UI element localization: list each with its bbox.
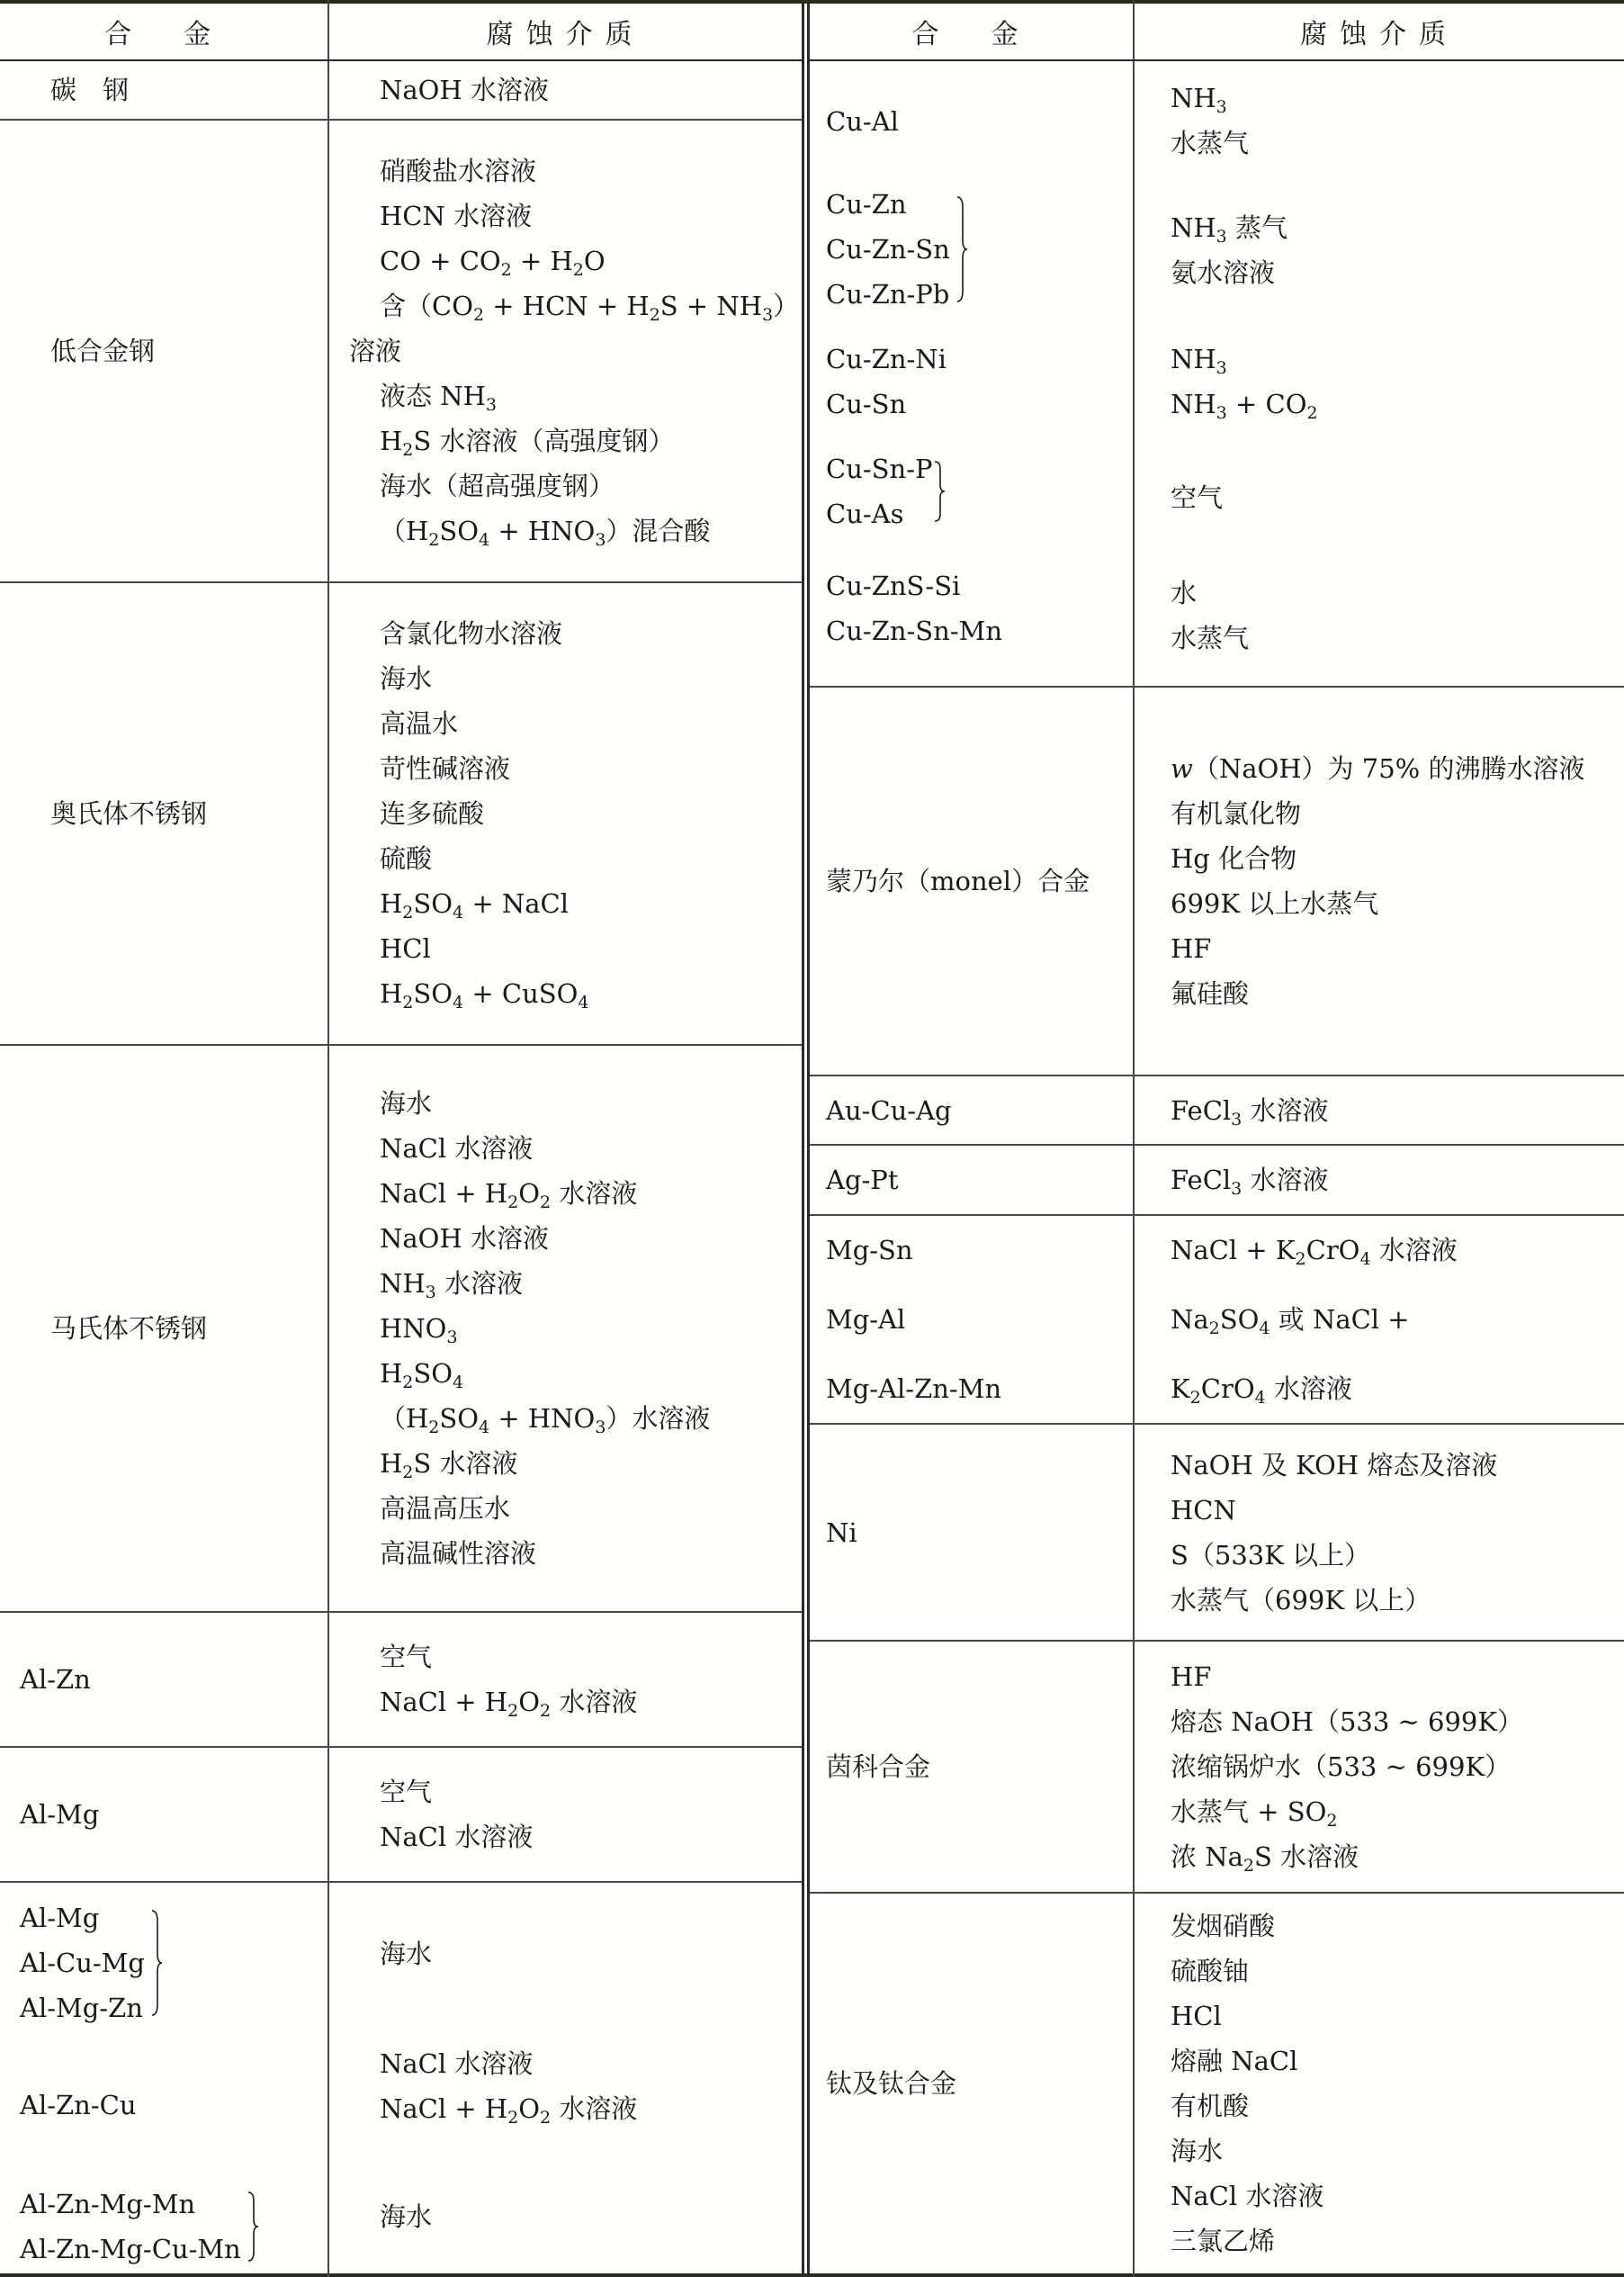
table-row-alloy: Al-Zn [0,1613,327,1746]
table-row-media: 发烟硝酸 硫酸铀 HCl 熔融 NaCl 有机酸 海水 NaCl 水溶液 三氯乙… [1135,1894,1624,2273]
medium-item: 液态 NH3 [380,373,802,418]
alloy-name: 茵科合金 [826,1744,1133,1789]
right-brace-icon [933,460,946,523]
table-row-alloy: 蒙乃尔（monel）合金 [810,688,1133,1075]
right-brace-icon [956,195,968,303]
medium-item: H2SO4 [380,1351,802,1396]
medium-item: HCN [1171,1488,1624,1533]
medium-item: HCN 水溶液 [380,193,802,238]
table-row-alloy: 奥氏体不锈钢 [0,583,327,1044]
medium-item: 苛性碱溶液 [380,746,802,791]
medium-item: CO + CO2 + H2O [380,238,802,283]
alloy-name: Mg-Sn [826,1216,1133,1285]
header-alloy-left: 合 金 [0,2,327,60]
table-row-alloy: 碳 钢 [0,61,327,119]
table-row-media: w（NaOH）为 75% 的沸腾水溶液 有机氯化物 Hg 化合物 699K 以上… [1135,688,1624,1075]
right-brace-icon [247,2191,259,2263]
medium-item: 海水（超高强度钢） [380,463,802,508]
table-row-alloy-groups: Cu-Al Cu-Zn Cu-Zn-Sn Cu-Zn-Pb Cu-Zn-Ni C… [810,61,1133,686]
medium-item: 海水 [380,2194,802,2239]
medium-item: NaCl + H2O2 水溶液 [380,1679,802,1724]
medium-item: 熔态 NaOH（533 ~ 699K） [1171,1699,1624,1744]
alloy-name: Al-Zn-Cu [20,2083,137,2128]
medium-item: 水蒸气 [1171,121,1624,166]
medium-item: HCl [380,926,802,971]
table-row-media: NaOH 水溶液 [329,61,802,119]
medium-item: H2S 水溶液 [380,1441,802,1486]
table-row-alloy: 马氏体不锈钢 [0,1046,327,1611]
alloy-name: 蒙乃尔（monel）合金 [826,859,1133,904]
table-row-alloy: 茵科合金 [810,1642,1133,1892]
center-divider-left [802,0,804,2277]
medium-item: 氟硅酸 [1171,971,1624,1016]
right-brace-icon [150,1909,163,2017]
corrosion-table: 合 金 腐蚀介质 合 金 腐蚀介质 碳 钢 NaOH 水溶液 低合金钢 硝酸盐水… [0,0,1624,2277]
medium-item: NaCl + K2CrO4 水溶液 [1171,1216,1624,1285]
table-row-alloy: Al-Mg [0,1748,327,1881]
medium-item: 有机氯化物 [1171,791,1624,836]
medium-item: 海水 [380,1931,802,1976]
table-row-media: 空气 NaCl 水溶液 [329,1748,802,1881]
medium-item: 溶液 [349,328,802,373]
table-row-alloy: 钛及钛合金 [810,1894,1133,2273]
medium-item: 空气 [380,1769,802,1814]
table-row-alloy-groups: Al-Mg Al-Cu-Mg Al-Mg-Zn Al-Zn-Cu Al-Zn-M… [0,1883,327,2273]
alloy-name: Cu-Zn-Sn [826,227,950,272]
header-medium-left: 腐蚀介质 [329,2,802,60]
medium-item: 发烟硝酸 [1171,1903,1624,1948]
medium-item: 海水 [380,656,802,701]
medium-item: Hg 化合物 [1171,836,1624,881]
table-row-media: FeCl3 水溶液 [1135,1076,1624,1144]
medium-item: 浓 Na2S 水溶液 [1171,1834,1624,1879]
medium-item: K2CrO4 水溶液 [1171,1354,1624,1424]
medium-item: 熔融 NaCl [1171,2038,1624,2083]
alloy-name: 钛及钛合金 [826,2061,1133,2106]
medium-item: NaCl 水溶液 [1171,2173,1624,2218]
medium-item: Na2SO4 或 NaCl + [1171,1285,1624,1354]
medium-item: NH3 + CO2 [1171,382,1624,427]
alloy-name: 低合金钢 [50,328,327,373]
medium-item: 海水 [1171,2128,1624,2173]
medium-item: NH3 [1171,337,1624,382]
table-row-alloy: Ni [810,1425,1133,1640]
medium-item: 水 [1171,571,1624,616]
medium-item: 氨水溶液 [1171,250,1624,295]
medium-item: NaOH 及 KOH 熔态及溶液 [1171,1443,1624,1488]
alloy-group: Cu-Zn Cu-Zn-Sn Cu-Zn-Pb [826,182,1133,317]
alloy-name: Ni [826,1510,1133,1555]
medium-item: 水蒸气 [1171,616,1624,661]
medium-item: H2S 水溶液（高强度钢） [380,418,802,463]
medium-item: NaCl + H2O2 水溶液 [380,2086,802,2131]
medium-item: 硝酸盐水溶液 [380,148,802,193]
header-alloy-right: 合 金 [810,2,1133,60]
medium-item: w（NaOH）为 75% 的沸腾水溶液 [1171,746,1624,791]
medium-item: S（533K 以上） [1171,1533,1624,1578]
medium-item: H2SO4 + NaCl [380,881,802,926]
table-bottom-border [0,2273,1624,2277]
alloy-name: Cu-Zn [826,182,950,227]
alloy-group: Al-Zn-Mg-Mn Al-Zn-Mg-Cu-Mn [20,2182,327,2272]
medium-item: FeCl3 水溶液 [1171,1088,1624,1133]
medium-item: 有机酸 [1171,2083,1624,2128]
medium-item: 含（CO2 + HCN + H2S + NH3） [380,283,802,328]
medium-item: NH3 [1171,76,1624,121]
table-row-media: FeCl3 水溶液 [1135,1146,1624,1214]
medium-item: 699K 以上水蒸气 [1171,881,1624,926]
alloy-name: Al-Zn-Mg-Mn [20,2182,241,2227]
alloy-name: Au-Cu-Ag [826,1088,1133,1133]
medium-item: 海水 [380,1081,802,1126]
alloy-name: Cu-Zn-Ni [826,337,1133,382]
medium-item: H2SO4 + CuSO4 [380,971,802,1016]
medium-item: 硫酸 [380,836,802,881]
medium-item: 空气 [1171,475,1624,520]
medium-item: NH3 水溶液 [380,1261,802,1306]
medium-item: 空气 [380,1634,802,1679]
alloy-name: Cu-Sn-P [826,446,933,491]
table-row-media: 硝酸盐水溶液 HCN 水溶液 CO + CO2 + H2O 含（CO2 + HC… [329,121,802,581]
table-row-media: HF 熔态 NaOH（533 ~ 699K） 浓缩锅炉水（533 ~ 699K）… [1135,1642,1624,1892]
medium-item: 含氯化物水溶液 [380,611,802,656]
table-row-alloy: Ag-Pt [810,1146,1133,1214]
table-row-alloy: 低合金钢 [0,121,327,581]
alloy-name: Al-Zn-Mg-Cu-Mn [20,2227,241,2272]
medium-item: 高温碱性溶液 [380,1531,802,1576]
alloy-name: Al-Zn [20,1657,327,1702]
alloy-name: Cu-ZnS-Si [826,563,1133,608]
medium-item: 硫酸铀 [1171,1948,1624,1993]
table-row-media: 海水 NaCl 水溶液 NaCl + H2O2 水溶液 NaOH 水溶液 NH3… [329,1046,802,1611]
alloy-name: 马氏体不锈钢 [50,1306,327,1351]
medium-item: 连多硫酸 [380,791,802,836]
medium-item: 高温高压水 [380,1486,802,1531]
table-row-alloy: Mg-Sn Mg-Al Mg-Al-Zn-Mn [810,1216,1133,1423]
medium-item: （H2SO4 + HNO3）混合酸 [380,508,802,553]
alloy-group: Cu-Sn-P Cu-As [826,446,1133,536]
alloy-name: Cu-Zn-Sn-Mn [826,608,1133,653]
alloy-name: Al-Mg [20,1895,145,1940]
table-row-media: 海水 NaCl 水溶液 NaCl + H2O2 水溶液 海水 [329,1883,802,2273]
alloy-group: Al-Mg Al-Cu-Mg Al-Mg-Zn [20,1895,327,2030]
medium-item: HCl [1171,1993,1624,2038]
medium-item: HF [1171,1654,1624,1699]
medium-item: HNO3 [380,1306,802,1351]
medium-item: FeCl3 水溶液 [1171,1157,1624,1202]
alloy-name: Al-Mg-Zn [20,1985,145,2030]
medium-item: NH3 蒸气 [1171,205,1624,250]
table-row-media: NaOH 及 KOH 熔态及溶液 HCN S（533K 以上） 水蒸气（699K… [1135,1425,1624,1640]
alloy-name: Ag-Pt [826,1157,1133,1202]
medium-item: （H2SO4 + HNO3）水溶液 [380,1396,802,1441]
alloy-name: 碳 钢 [50,67,327,112]
medium-item: NaCl + H2O2 水溶液 [380,1171,802,1216]
alloy-name: Al-Cu-Mg [20,1940,145,1985]
header-medium-right: 腐蚀介质 [1135,2,1624,60]
table-row-media: NH3 水蒸气 NH3 蒸气 氨水溶液 NH3 NH3 + CO2 空气 水 水… [1135,61,1624,686]
table-row-media: NaCl + K2CrO4 水溶液 Na2SO4 或 NaCl + K2CrO4… [1135,1216,1624,1423]
medium-item: 水蒸气 + SO2 [1171,1789,1624,1834]
medium-item: 三氯乙烯 [1171,2218,1624,2263]
medium-item: NaCl 水溶液 [380,1814,802,1859]
medium-item: 水蒸气（699K 以上） [1171,1578,1624,1623]
table-row-media: 空气 NaCl + H2O2 水溶液 [329,1613,802,1746]
alloy-group: Al-Zn-Cu [20,2083,327,2128]
medium-item: NaCl 水溶液 [380,1126,802,1171]
medium-item: 浓缩锅炉水（533 ~ 699K） [1171,1744,1624,1789]
medium-item: 高温水 [380,701,802,746]
table-row-alloy: Au-Cu-Ag [810,1076,1133,1144]
alloy-name: Cu-Al [826,99,1133,144]
alloy-name: 奥氏体不锈钢 [50,791,327,836]
alloy-name: Mg-Al [826,1285,1133,1354]
alloy-name: Al-Mg [20,1792,327,1837]
table-row-media: 含氯化物水溶液 海水 高温水 苛性碱溶液 连多硫酸 硫酸 H2SO4 + NaC… [329,583,802,1044]
medium-item: NaOH 水溶液 [380,1216,802,1261]
alloy-name: Cu-As [826,491,933,536]
medium-item: NaCl 水溶液 [380,2041,802,2086]
alloy-name: Cu-Zn-Pb [826,272,950,317]
medium-item: HF [1171,926,1624,971]
medium-item: NaOH 水溶液 [380,67,802,112]
alloy-name: Cu-Sn [826,382,1133,427]
alloy-name: Mg-Al-Zn-Mn [826,1354,1133,1424]
